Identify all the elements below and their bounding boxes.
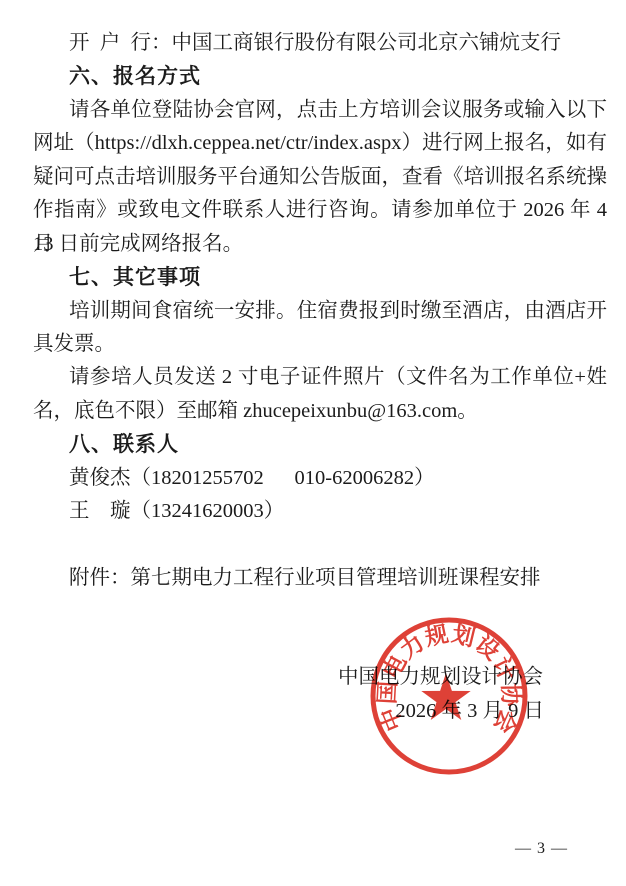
contact-line-2: 王 璇（13241620003） bbox=[33, 495, 607, 528]
registration-line-2-url: 网址（https://dlxh.ceppea.net/ctr/index.asp… bbox=[33, 127, 607, 160]
page-number: — 3 — bbox=[515, 839, 568, 859]
document-page: 开 户 行：中国工商银行股份有限公司北京六铺炕支行 六、报名方式 请各单位登陆协… bbox=[0, 0, 626, 886]
blank-line bbox=[33, 529, 607, 562]
seal-arc-char: 协 bbox=[498, 683, 524, 707]
document-body: 开 户 行：中国工商银行股份有限公司北京六铺炕支行 六、报名方式 请各单位登陆协… bbox=[33, 27, 607, 595]
other-matters-line-1: 培训期间食宿统一安排。住宿费报到时缴至酒店，由酒店开 bbox=[33, 295, 607, 328]
section-6-heading: 六、报名方式 bbox=[33, 60, 607, 93]
registration-line-1: 请各单位登陆协会官网，点击上方培训会议服务或输入以下 bbox=[33, 94, 607, 127]
registration-line-3: 疑问可点击培训服务平台通知公告版面，查看《培训报名系统操 bbox=[33, 161, 607, 194]
section-7-heading: 七、其它事项 bbox=[33, 261, 607, 294]
star-icon bbox=[421, 673, 470, 720]
photo-request-line-2-email: 名，底色不限）至邮箱 zhucepeixunbu@163.com。 bbox=[33, 395, 607, 428]
seal-arc-char: 国 bbox=[373, 680, 400, 704]
bank-branch-line: 开 户 行：中国工商银行股份有限公司北京六铺炕支行 bbox=[33, 27, 607, 60]
contact-line-1: 黄俊杰（18201255702 010-62006282） bbox=[33, 462, 607, 495]
section-8-heading: 八、联系人 bbox=[33, 428, 607, 461]
photo-request-line-1: 请参培人员发送 2 寸电子证件照片（文件名为工作单位+姓 bbox=[33, 361, 607, 394]
other-matters-line-2: 具发票。 bbox=[33, 328, 607, 361]
registration-line-4: 作指南》或致电文件联系人进行咨询。请参加单位于 2026 年 4 月 bbox=[33, 194, 607, 227]
seal-arc-char: 规 bbox=[423, 620, 451, 650]
attachment-line: 附件：第七期电力工程行业项目管理培训班课程安排 bbox=[33, 562, 607, 595]
official-seal: 中国电力规划设计协会 bbox=[360, 608, 540, 788]
registration-line-5: 13 日前完成网络报名。 bbox=[33, 228, 607, 261]
